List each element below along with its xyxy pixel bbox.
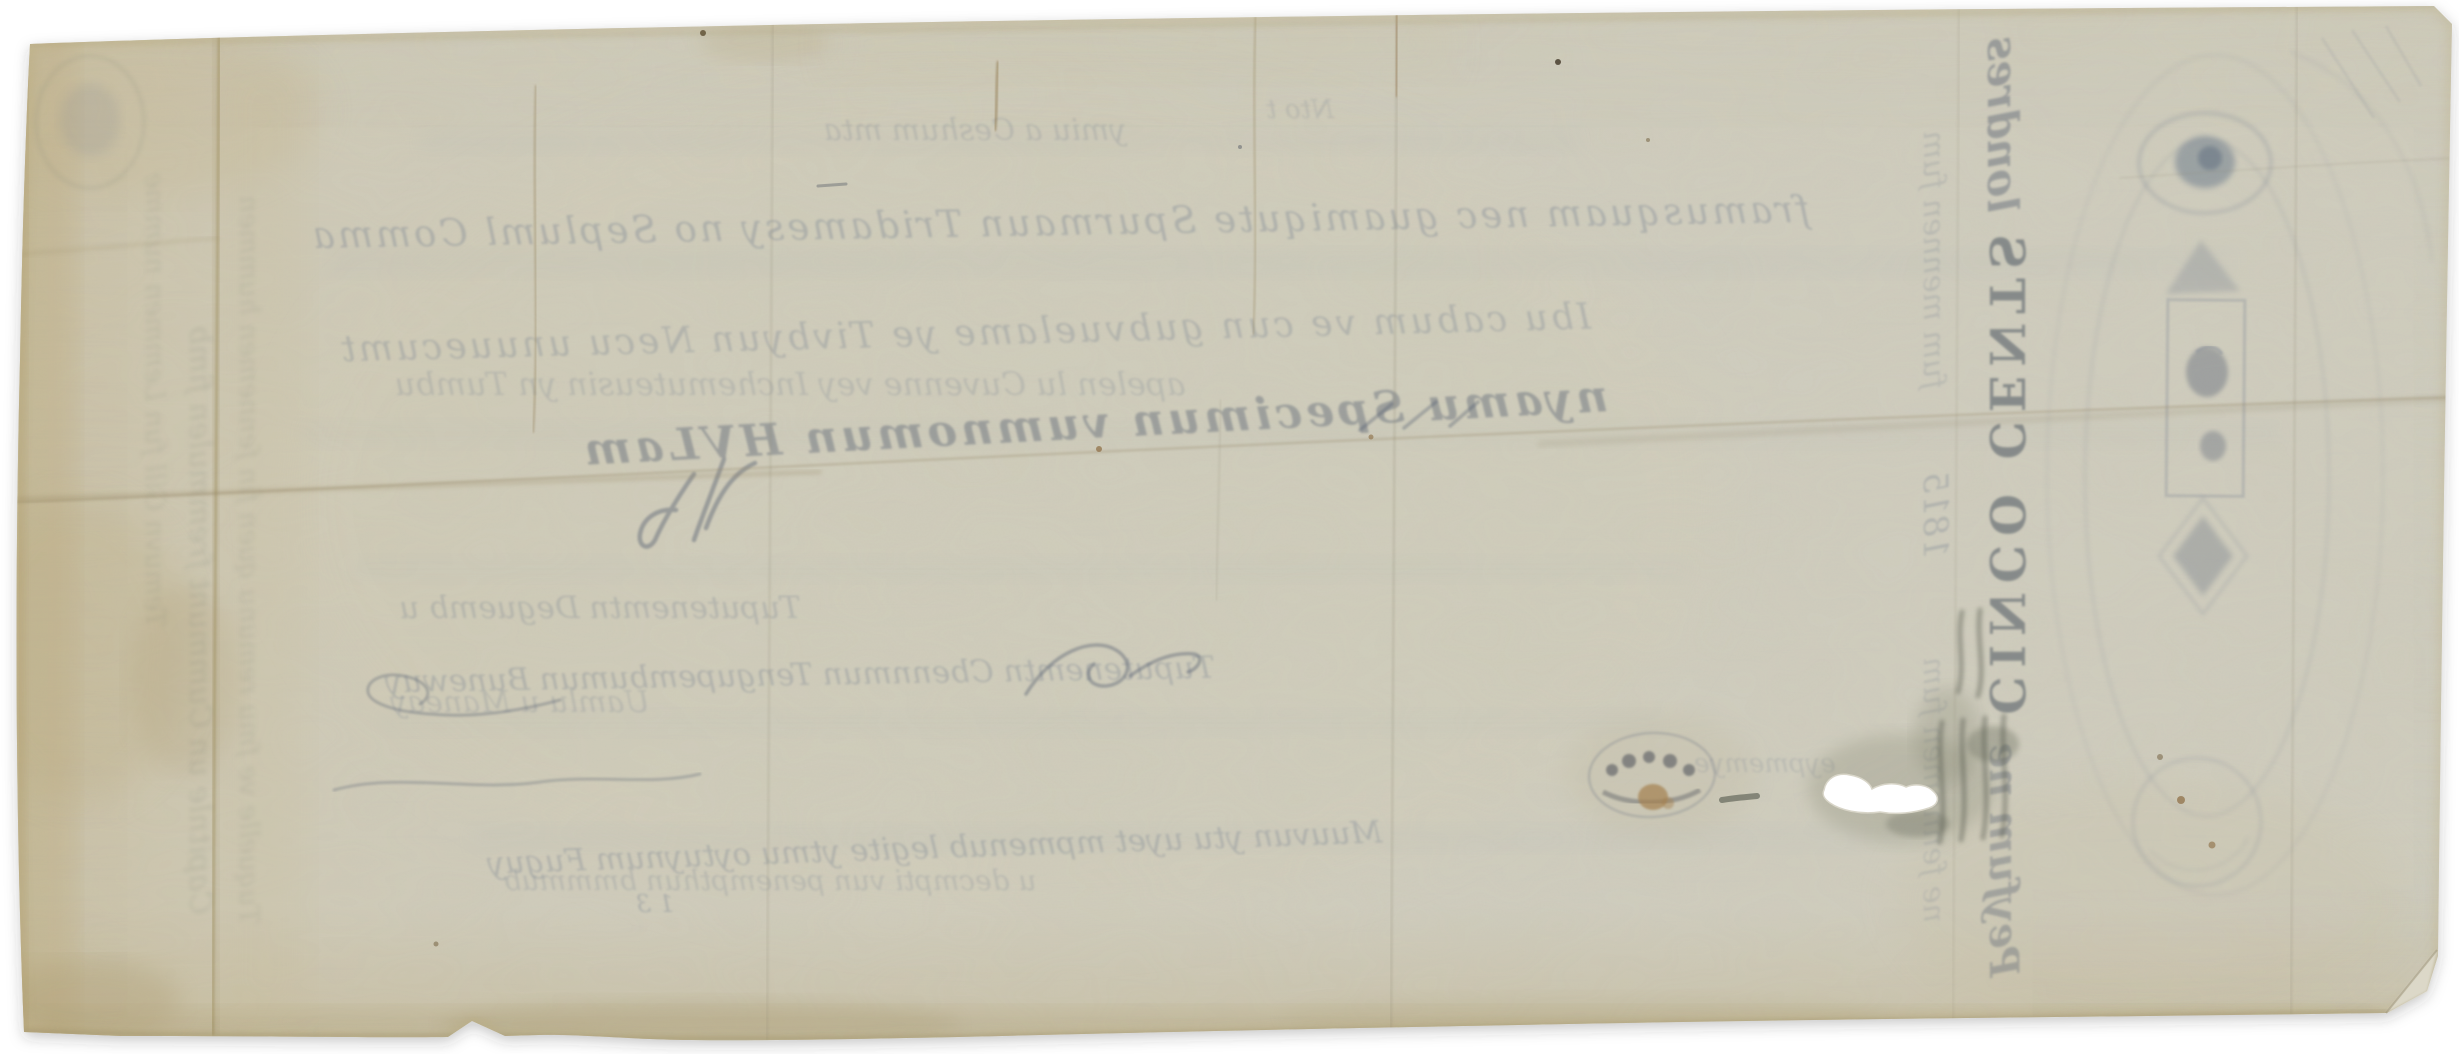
banknote-verso-photo: ymiu a Ceshum mta Nto t framusquam nec g… (0, 0, 2459, 1054)
paper-grain (0, 0, 2459, 1054)
photo-background: ymiu a Ceshum mta Nto t framusquam nec g… (0, 0, 2459, 1054)
